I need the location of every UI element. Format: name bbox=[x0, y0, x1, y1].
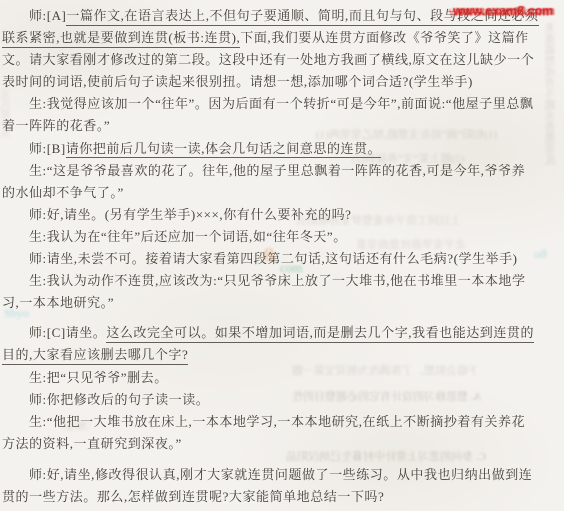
text-segment: [C] bbox=[47, 325, 66, 340]
dialogue-line: 联系紧密,也就是要做到连贯(板书:连贯),下面,我们要从连贯方面修改《爷爷笑了》… bbox=[0, 27, 564, 49]
dialogue-line: 表时间的词语,使前后句子读起来很别扭。请想一想,添加哪个词合适?(学生举手) bbox=[0, 71, 564, 93]
text-segment: 师: bbox=[29, 8, 47, 23]
text-segment: [B] bbox=[47, 141, 66, 156]
text-segment: 请坐。 bbox=[66, 325, 107, 340]
dialogue-line: 方法的资料,一直研究到深夜。” bbox=[0, 433, 564, 455]
dialogue-line: 生:把“只见爷爷”删去。 bbox=[0, 367, 564, 389]
dialogue-line: 贯的一些方法。那么,怎样做到连贯呢?大家能简单地总结一下吗? bbox=[0, 486, 564, 508]
dialogue-line: 生:“他把一大堆书放在床上,一本本地学习,一本本地研究,在纸上不断摘抄着有关养花 bbox=[0, 411, 564, 433]
text-segment: 师: bbox=[29, 325, 47, 340]
dialogue-line: 生:我觉得应该加一个“往年”。因为后面有一个转折“可是今年”,前面说:“他屋子里… bbox=[0, 93, 564, 115]
dialogue-line: 习,一本本地研究。” bbox=[0, 292, 564, 314]
text-segment: 的水仙却不争气了。” bbox=[2, 185, 124, 200]
dialogue-line: 师:好,请坐。(另有学生举手)×××,你有什么要补充的吗? bbox=[0, 204, 564, 226]
site-watermark: www.exam8.com bbox=[453, 4, 553, 18]
dialogue-line: 生:我认为动作不连贯,应该改为:“只见爷爷床上放了一大堆书,他在书堆里一本本地学 bbox=[0, 270, 564, 292]
dialogue-line: 师:[B]请你把前后几句读一读,体会几句话之间意思的连贯。 bbox=[0, 138, 564, 160]
text-segment: 生:把“只见爷爷”删去。 bbox=[29, 370, 168, 385]
underlined-text: 这么改完全可以。如果不增加词语,而是删去几个字,我看也能达到连贯的 bbox=[106, 325, 534, 343]
document-text-area: 师:[A]一篇作文,在语言表达上,不但句子要通顺、简明,而且句与句、段与段之间还… bbox=[0, 0, 564, 511]
dialogue-line: 着一阵阵的花香。” bbox=[0, 115, 564, 137]
text-segment: 师:好,请坐。(另有学生举手)×××,你有什么要补充的吗? bbox=[29, 207, 352, 222]
text-segment: 生:我认为动作不连贯,应该改为:“只见爷爷床上放了一大堆书,他在书堆里一本本地学 bbox=[29, 273, 526, 288]
dialogue-line: 文。请大家看刚才修改过的第二段。这段中还有一处地方我画了横线,原文在这儿缺少一个 bbox=[0, 49, 564, 71]
underlined-text: 联系紧密,也就是要做到连贯(板书:连贯), bbox=[2, 30, 240, 48]
text-segment: 贯的一些方法。那么,怎样做到连贯呢?大家能简单地总结一下吗? bbox=[2, 489, 384, 504]
text-segment: 下面,我们要从连贯方面修改《爷爷笑了》这篇作 bbox=[240, 30, 528, 45]
dialogue-line: 生:“这是爷爷最喜欢的花了。往年,他的屋子里总飘着一阵阵的花香,可是今年,爷爷养 bbox=[0, 160, 564, 182]
text-segment: 着一阵阵的花香。” bbox=[2, 118, 110, 133]
text-segment: 生:“他把一大堆书放在床上,一本本地学习,一本本地研究,在纸上不断摘抄着有关养花 bbox=[29, 414, 525, 429]
underlined-text: 请你把前后几句读一读,体会几句话之间意思的连贯。 bbox=[66, 141, 381, 159]
text-segment: 师:你把修改后的句子读一读。 bbox=[29, 392, 209, 407]
dialogue-line: 师:你把修改后的句子读一读。 bbox=[0, 389, 564, 411]
text-segment: 生:我觉得应该加一个“往年”。因为后面有一个转折“可是今年”,前面说:“他屋子里… bbox=[29, 96, 533, 111]
scanned-document-page: { "page": { "background": "#f4f2ee", "te… bbox=[0, 0, 564, 511]
dialogue-line: 目的,大家看应该删去哪几个字? bbox=[0, 344, 564, 366]
text-segment: 师: bbox=[29, 141, 47, 156]
text-segment: 方法的资料,一直研究到深夜。” bbox=[2, 436, 182, 451]
text-segment: [A] bbox=[47, 8, 67, 23]
dialogue-line: 师:请坐,未尝不可。接着请大家看第四段第二句话,这句话还有什么毛病?(学生举手) bbox=[0, 248, 564, 270]
dialogue-line: 生:我认为在“往年”后还应加一个词语,如“往年冬天”。 bbox=[0, 226, 564, 248]
text-segment: 师:请坐,未尝不可。接着请大家看第四段第二句话,这句话还有什么毛病?(学生举手) bbox=[29, 251, 518, 266]
dialogue-line: 师:[C]请坐。这么改完全可以。如果不增加词语,而是删去几个字,我看也能达到连贯… bbox=[0, 322, 564, 344]
text-segment: 文。请大家看刚才修改过的第二段。这段中还有一处地方我画了横线,原文在这儿缺少一个 bbox=[2, 52, 534, 67]
text-segment: 生:“这是爷爷最喜欢的花了。往年,他的屋子里总飘着一阵阵的花香,可是今年,爷爷养 bbox=[29, 163, 525, 178]
dialogue-line: 的水仙却不争气了。” bbox=[0, 182, 564, 204]
text-segment: 习,一本本地研究。” bbox=[2, 295, 114, 310]
text-segment: 表时间的词语,使前后句子读起来很别扭。请想一想,添加哪个词合适?(学生举手) bbox=[2, 74, 473, 89]
text-segment: 师:好,请坐,修改得很认真,刚才大家就连贯问题做了一些练习。从中我也归纳出做到连 bbox=[29, 467, 532, 482]
text-segment: 生:我认为在“往年”后还应加一个词语,如“往年冬天”。 bbox=[29, 229, 347, 244]
underlined-text: 目的,大家看应该删去哪几个字? bbox=[2, 347, 188, 365]
dialogue-line: 师:好,请坐,修改得很认真,刚才大家就连贯问题做了一些练习。从中我也归纳出做到连 bbox=[0, 464, 564, 486]
